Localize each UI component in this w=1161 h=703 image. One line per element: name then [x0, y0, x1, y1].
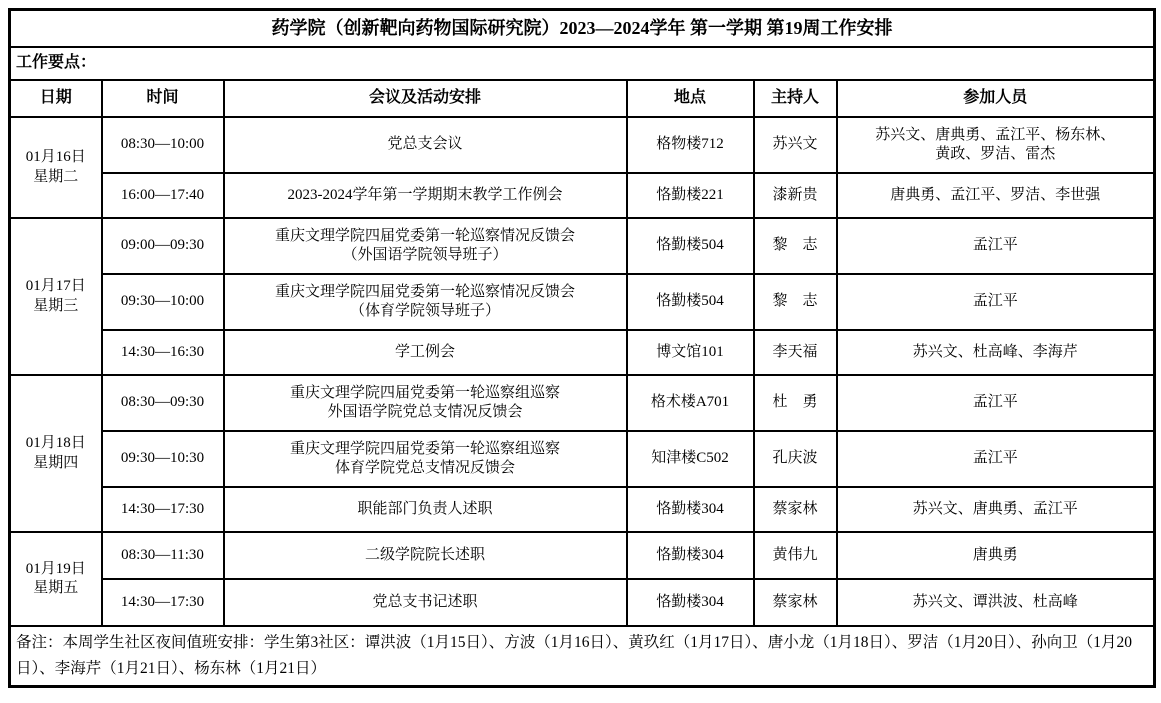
participants-cell: 苏兴文、唐典勇、孟江平 [837, 487, 1155, 532]
time-cell: 08:30—10:00 [102, 117, 224, 173]
date-cell: 01月18日 星期四 [10, 375, 102, 532]
place-cell: 恪勤楼221 [627, 173, 754, 218]
place-cell: 博文馆101 [627, 330, 754, 375]
date-cell: 01月17日 星期三 [10, 218, 102, 375]
event-cell: 重庆文理学院四届党委第一轮巡察情况反馈会 （体育学院领导班子） [224, 274, 627, 330]
date-cell: 01月19日 星期五 [10, 532, 102, 626]
header-host: 主持人 [754, 80, 837, 117]
table-row: 01月18日 星期四 08:30—09:30 重庆文理学院四届党委第一轮巡察组巡… [10, 375, 1155, 431]
time-cell: 09:30—10:30 [102, 431, 224, 487]
host-cell: 孔庆波 [754, 431, 837, 487]
event-cell: 重庆文理学院四届党委第一轮巡察组巡察 外国语学院党总支情况反馈会 [224, 375, 627, 431]
table-row: 01月16日 星期二 08:30—10:00 党总支会议 格物楼712 苏兴文 … [10, 117, 1155, 173]
participants-cell: 孟江平 [837, 431, 1155, 487]
table-row: 16:00—17:40 2023-2024学年第一学期期末教学工作例会 恪勤楼2… [10, 173, 1155, 218]
host-cell: 蔡家林 [754, 487, 837, 532]
place-cell: 恪勤楼304 [627, 487, 754, 532]
table-header-row: 日期 时间 会议及活动安排 地点 主持人 参加人员 [10, 80, 1155, 117]
place-cell: 恪勤楼304 [627, 579, 754, 626]
host-cell: 黎 志 [754, 218, 837, 274]
date-cell: 01月16日 星期二 [10, 117, 102, 218]
header-time: 时间 [102, 80, 224, 117]
document-page: 药学院（创新靶向药物国际研究院）2023—2024学年 第一学期 第19周工作安… [0, 0, 1161, 703]
participants-cell: 苏兴文、杜高峰、李海芹 [837, 330, 1155, 375]
header-event: 会议及活动安排 [224, 80, 627, 117]
time-cell: 08:30—11:30 [102, 532, 224, 579]
event-cell: 重庆文理学院四届党委第一轮巡察组巡察 体育学院党总支情况反馈会 [224, 431, 627, 487]
event-cell: 学工例会 [224, 330, 627, 375]
table-row: 01月19日 星期五 08:30—11:30 二级学院院长述职 恪勤楼304 黄… [10, 532, 1155, 579]
event-cell: 党总支书记述职 [224, 579, 627, 626]
time-cell: 16:00—17:40 [102, 173, 224, 218]
header-participants: 参加人员 [837, 80, 1155, 117]
place-cell: 恪勤楼304 [627, 532, 754, 579]
host-cell: 漆新贵 [754, 173, 837, 218]
header-date: 日期 [10, 80, 102, 117]
participants-cell: 苏兴文、唐典勇、孟江平、杨东林、 黄政、罗洁、雷杰 [837, 117, 1155, 173]
place-cell: 格术楼A701 [627, 375, 754, 431]
title-row: 药学院（创新靶向药物国际研究院）2023—2024学年 第一学期 第19周工作安… [10, 10, 1155, 48]
header-place: 地点 [627, 80, 754, 117]
key-points-label: 工作要点： [10, 47, 1155, 80]
keypoints-row: 工作要点： [10, 47, 1155, 80]
time-cell: 14:30—17:30 [102, 487, 224, 532]
table-row: 09:30—10:30 重庆文理学院四届党委第一轮巡察组巡察 体育学院党总支情况… [10, 431, 1155, 487]
host-cell: 黄伟九 [754, 532, 837, 579]
host-cell: 杜 勇 [754, 375, 837, 431]
host-cell: 黎 志 [754, 274, 837, 330]
remark-note: 备注：本周学生社区夜间值班安排：学生第3社区：谭洪波（1月15日）、方波（1月1… [10, 626, 1155, 687]
participants-cell: 唐典勇、孟江平、罗洁、李世强 [837, 173, 1155, 218]
participants-cell: 孟江平 [837, 274, 1155, 330]
host-cell: 苏兴文 [754, 117, 837, 173]
table-row: 14:30—17:30 职能部门负责人述职 恪勤楼304 蔡家林 苏兴文、唐典勇… [10, 487, 1155, 532]
time-cell: 14:30—17:30 [102, 579, 224, 626]
participants-cell: 孟江平 [837, 375, 1155, 431]
event-cell: 2023-2024学年第一学期期末教学工作例会 [224, 173, 627, 218]
place-cell: 恪勤楼504 [627, 218, 754, 274]
table-row: 14:30—17:30 党总支书记述职 恪勤楼304 蔡家林 苏兴文、谭洪波、杜… [10, 579, 1155, 626]
place-cell: 知津楼C502 [627, 431, 754, 487]
time-cell: 09:30—10:00 [102, 274, 224, 330]
place-cell: 格物楼712 [627, 117, 754, 173]
remark-row: 备注：本周学生社区夜间值班安排：学生第3社区：谭洪波（1月15日）、方波（1月1… [10, 626, 1155, 687]
participants-cell: 苏兴文、谭洪波、杜高峰 [837, 579, 1155, 626]
host-cell: 李天福 [754, 330, 837, 375]
time-cell: 09:00—09:30 [102, 218, 224, 274]
page-title: 药学院（创新靶向药物国际研究院）2023—2024学年 第一学期 第19周工作安… [10, 10, 1155, 48]
table-row: 09:30—10:00 重庆文理学院四届党委第一轮巡察情况反馈会 （体育学院领导… [10, 274, 1155, 330]
participants-cell: 孟江平 [837, 218, 1155, 274]
participants-cell: 唐典勇 [837, 532, 1155, 579]
event-cell: 职能部门负责人述职 [224, 487, 627, 532]
schedule-table: 药学院（创新靶向药物国际研究院）2023—2024学年 第一学期 第19周工作安… [8, 8, 1156, 688]
table-row: 14:30—16:30 学工例会 博文馆101 李天福 苏兴文、杜高峰、李海芹 [10, 330, 1155, 375]
event-cell: 党总支会议 [224, 117, 627, 173]
time-cell: 14:30—16:30 [102, 330, 224, 375]
event-cell: 重庆文理学院四届党委第一轮巡察情况反馈会 （外国语学院领导班子） [224, 218, 627, 274]
time-cell: 08:30—09:30 [102, 375, 224, 431]
host-cell: 蔡家林 [754, 579, 837, 626]
table-row: 01月17日 星期三 09:00—09:30 重庆文理学院四届党委第一轮巡察情况… [10, 218, 1155, 274]
event-cell: 二级学院院长述职 [224, 532, 627, 579]
place-cell: 恪勤楼504 [627, 274, 754, 330]
